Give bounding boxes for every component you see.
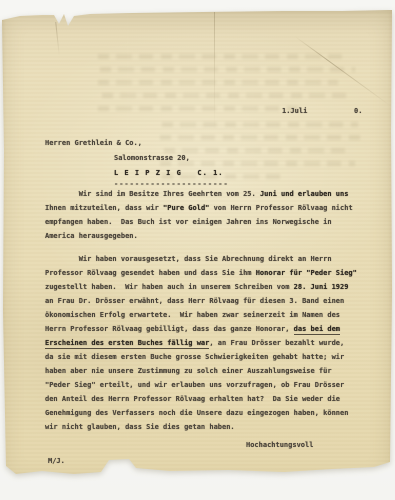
text-line: haben aber nie unsere Zustimmung zu solc… xyxy=(45,365,375,379)
text-line: wir nicht glauben, dass Sie dies getan h… xyxy=(45,421,375,435)
letter-paper: 1.Juli 0. Herren Grethlein & Co., Salomo… xyxy=(2,10,392,483)
text-line: Ihnen mitzuteilen, dass wir "Pure Gold" … xyxy=(45,202,375,216)
typist-initials: M/J. xyxy=(48,457,65,465)
text-line: Herrn Professor Rölvaag gebilligt, dass … xyxy=(45,323,375,337)
text-line: Wir haben vorausgesetzt, dass Sie Abrech… xyxy=(45,253,375,267)
date-text: 1.Juli xyxy=(282,107,307,115)
text-line: empfangen haben. Das Buch ist vor einige… xyxy=(45,216,375,230)
text-line: ökonomischen Erfolg erwartete. Wir haben… xyxy=(45,309,375,323)
closing-salutation: Hochachtungsvoll xyxy=(246,441,313,449)
text-line: den Anteil des Herrn Professor Rölvaag e… xyxy=(45,393,375,407)
paragraph: Wir sind im Besitze Ihres Geehrten vom 2… xyxy=(45,188,375,244)
text-line: "Peder Sieg" erteilt, und wir erlauben u… xyxy=(45,379,375,393)
recipient-address: Herren Grethlein & Co., Salomonstrasse 2… xyxy=(45,137,229,188)
text-line: zugestellt haben. Wir haben auch in unse… xyxy=(45,281,375,295)
paragraph: Wir haben vorausgesetzt, dass Sie Abrech… xyxy=(45,253,375,435)
recipient-name: Herren Grethlein & Co., xyxy=(45,137,229,152)
letter-body: Wir sind im Besitze Ihres Geehrten vom 2… xyxy=(45,188,375,435)
scanned-letter-page: 1.Juli 0. Herren Grethlein & Co., Salomo… xyxy=(0,0,395,500)
text-line: America herausgegeben. xyxy=(45,230,375,244)
date-mark: 0. xyxy=(354,107,362,115)
text-line: Professor Rölvaag gesendet haben und das… xyxy=(45,267,375,281)
text-line: an Frau Dr. Drösser erwähnt, dass Herr R… xyxy=(45,295,375,309)
text-line: Erscheinen des ersten Buches fällig war,… xyxy=(45,337,375,351)
text-line: Wir sind im Besitze Ihres Geehrten vom 2… xyxy=(45,188,375,202)
text-line: Genehmigung des Verfassers noch die Unse… xyxy=(45,407,375,421)
address-underline: ---------------------- xyxy=(45,178,229,188)
date-line: 1.Juli 0. xyxy=(2,107,392,119)
paper-sheet: 1.Juli 0. Herren Grethlein & Co., Salomo… xyxy=(2,10,392,483)
recipient-street: Salomonstrasse 20, xyxy=(45,152,229,167)
text-line: da sie mit diesem ersten Buche grosse Sc… xyxy=(45,351,375,365)
